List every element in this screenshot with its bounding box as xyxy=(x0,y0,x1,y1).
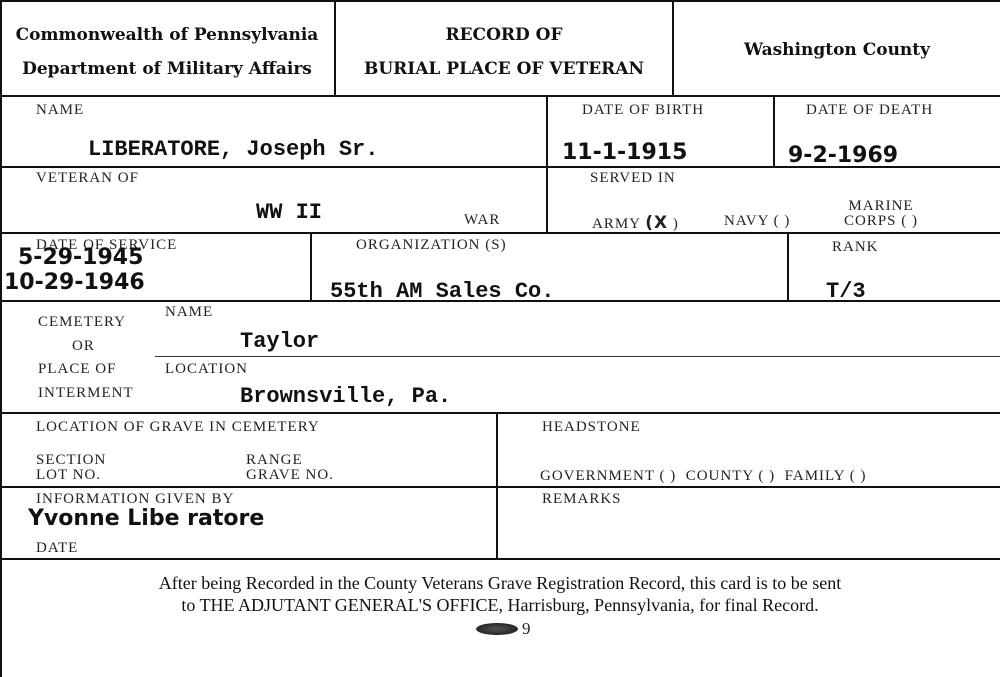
divider xyxy=(0,232,1000,234)
agency-name: Commonwealth of Pennsylvania Department … xyxy=(0,18,334,86)
army-label: ARMY xyxy=(592,216,640,232)
name-label: NAME xyxy=(36,102,84,119)
marine-label: MARINE xyxy=(844,199,918,214)
informant-name: Yvonne Libe ratore xyxy=(28,506,264,531)
army-mark: X xyxy=(654,213,668,233)
cemetery-name-label: NAME xyxy=(165,304,213,321)
union-label: 9 xyxy=(476,619,532,639)
marine-corps-checkbox[interactable]: MARINE CORPS ( ) xyxy=(844,199,918,229)
grave-no-label: GRAVE NO. xyxy=(246,468,334,483)
union-bug-icon xyxy=(476,623,518,635)
war-value: WW II xyxy=(256,200,322,225)
service-end-date: 10-29-1946 xyxy=(4,270,145,295)
served-in-label: SERVED IN xyxy=(590,170,676,187)
date-label: DATE xyxy=(36,540,78,557)
location-label: LOCATION xyxy=(165,361,248,378)
section-lot-field: SECTION LOT NO. xyxy=(36,453,106,483)
divider xyxy=(0,486,1000,488)
form-title: RECORD OF BURIAL PLACE OF VETERAN xyxy=(336,18,672,86)
lot-label: LOT NO. xyxy=(36,468,106,483)
divider xyxy=(773,96,775,166)
divider xyxy=(787,234,789,300)
range-label: RANGE xyxy=(246,453,334,468)
remarks-label: REMARKS xyxy=(542,491,622,508)
divider xyxy=(0,558,1000,560)
title-line-1: RECORD OF xyxy=(336,18,672,52)
organization-value: 55th AM Sales Co. xyxy=(330,279,554,304)
dob-value: 11-1-1915 xyxy=(562,140,687,165)
union-label-number: 9 xyxy=(522,619,532,638)
title-line-2: BURIAL PLACE OF VETERAN xyxy=(336,52,672,86)
cemetery-label: CEMETERY xyxy=(38,314,126,331)
cemetery-location: Brownsville, Pa. xyxy=(240,384,451,409)
dob-label: DATE OF BIRTH xyxy=(582,102,704,119)
veteran-of-label: VETERAN OF xyxy=(36,170,139,187)
headstone-label: HEADSTONE xyxy=(542,419,641,436)
navy-checkbox[interactable]: NAVY ( ) xyxy=(724,213,790,230)
dod-label: DATE OF DEATH xyxy=(806,102,933,119)
grave-location-label: LOCATION OF GRAVE IN CEMETERY xyxy=(36,419,320,436)
range-grave-field: RANGE GRAVE NO. xyxy=(246,453,334,483)
place-of-label: PLACE OF xyxy=(38,361,116,378)
interment-label: INTERMENT xyxy=(38,385,134,402)
service-start-date: 5-29-1945 xyxy=(18,245,143,270)
section-label: SECTION xyxy=(36,453,106,468)
agency-line-2: Department of Military Affairs xyxy=(0,52,334,86)
footer-instruction-line-2: to THE ADJUTANT GENERAL'S OFFICE, Harris… xyxy=(0,594,1000,616)
footer-instruction-line-1: After being Recorded in the County Veter… xyxy=(0,572,1000,594)
cemetery-name-underline xyxy=(155,356,1000,357)
county-name: Washington County xyxy=(674,33,1000,67)
corps-label: CORPS ( ) xyxy=(844,214,918,229)
veteran-name: LIBERATORE, Joseph Sr. xyxy=(88,137,378,162)
divider xyxy=(310,234,312,300)
cemetery-name: Taylor xyxy=(240,329,319,354)
dod-value: 9-2-1969 xyxy=(788,143,898,168)
organization-label: ORGANIZATION (S) xyxy=(356,237,507,254)
army-checkbox[interactable]: ARMY (X ) xyxy=(592,213,679,233)
headstone-options[interactable]: GOVERNMENT ( ) COUNTY ( ) FAMILY ( ) xyxy=(540,468,866,485)
agency-line-1: Commonwealth of Pennsylvania xyxy=(0,18,334,52)
divider xyxy=(0,412,1000,414)
or-label: OR xyxy=(72,338,95,355)
rank-value: T/3 xyxy=(826,279,866,304)
war-label: WAR xyxy=(464,212,500,229)
divider xyxy=(546,96,548,232)
rank-label: RANK xyxy=(832,239,879,256)
divider xyxy=(0,95,1000,97)
